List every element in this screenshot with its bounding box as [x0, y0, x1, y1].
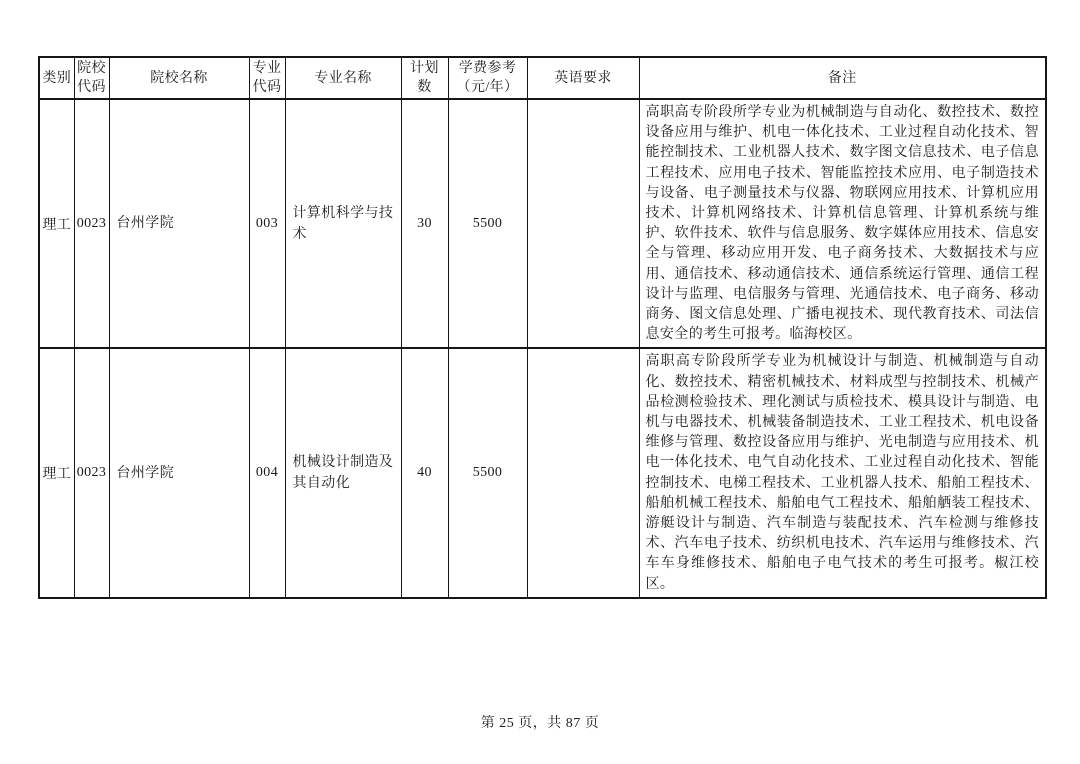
cell-category: 理工	[39, 348, 74, 597]
header-college-name: 院校名称	[109, 57, 249, 99]
header-major-code: 专业 代码	[249, 57, 285, 99]
table-row: 理工 0023 台州学院 004 机械设计制造及其自动化 40 5500 高职高…	[39, 348, 1046, 597]
header-remark: 备注	[639, 57, 1046, 99]
cell-college-name: 台州学院	[109, 348, 249, 597]
cell-english-requirement	[527, 99, 639, 348]
cell-remark: 高职高专阶段所学专业为机械制造与自动化、数控技术、数控设备应用与维护、机电一体化…	[639, 99, 1046, 348]
header-college-code: 院校 代码	[74, 57, 109, 99]
cell-plan-count: 30	[401, 99, 448, 348]
header-major-name: 专业名称	[285, 57, 401, 99]
cell-college-code: 0023	[74, 348, 109, 597]
cell-college-name: 台州学院	[109, 99, 249, 348]
cell-major-name: 计算机科学与技术	[285, 99, 401, 348]
cell-major-code: 004	[249, 348, 285, 597]
header-category: 类别	[39, 57, 74, 99]
cell-major-name: 机械设计制造及其自动化	[285, 348, 401, 597]
header-tuition: 学费参考 （元/年）	[448, 57, 527, 99]
cell-tuition: 5500	[448, 348, 527, 597]
table-row: 理工 0023 台州学院 003 计算机科学与技术 30 5500 高职高专阶段…	[39, 99, 1046, 348]
page-number-footer: 第 25 页，共 87 页	[0, 712, 1080, 732]
document-page: 类别 院校 代码 院校名称 专业 代码 专业名称 计划数 学费参考 （元/年） …	[0, 0, 1080, 764]
cell-major-code: 003	[249, 99, 285, 348]
cell-category: 理工	[39, 99, 74, 348]
cell-english-requirement	[527, 348, 639, 597]
admission-plan-table: 类别 院校 代码 院校名称 专业 代码 专业名称 计划数 学费参考 （元/年） …	[38, 56, 1047, 599]
cell-remark: 高职高专阶段所学专业为机械设计与制造、机械制造与自动化、数控技术、精密机械技术、…	[639, 348, 1046, 597]
cell-tuition: 5500	[448, 99, 527, 348]
header-english-requirement: 英语要求	[527, 57, 639, 99]
header-plan-count: 计划数	[401, 57, 448, 99]
table-header-row: 类别 院校 代码 院校名称 专业 代码 专业名称 计划数 学费参考 （元/年） …	[39, 57, 1046, 99]
cell-college-code: 0023	[74, 99, 109, 348]
cell-plan-count: 40	[401, 348, 448, 597]
